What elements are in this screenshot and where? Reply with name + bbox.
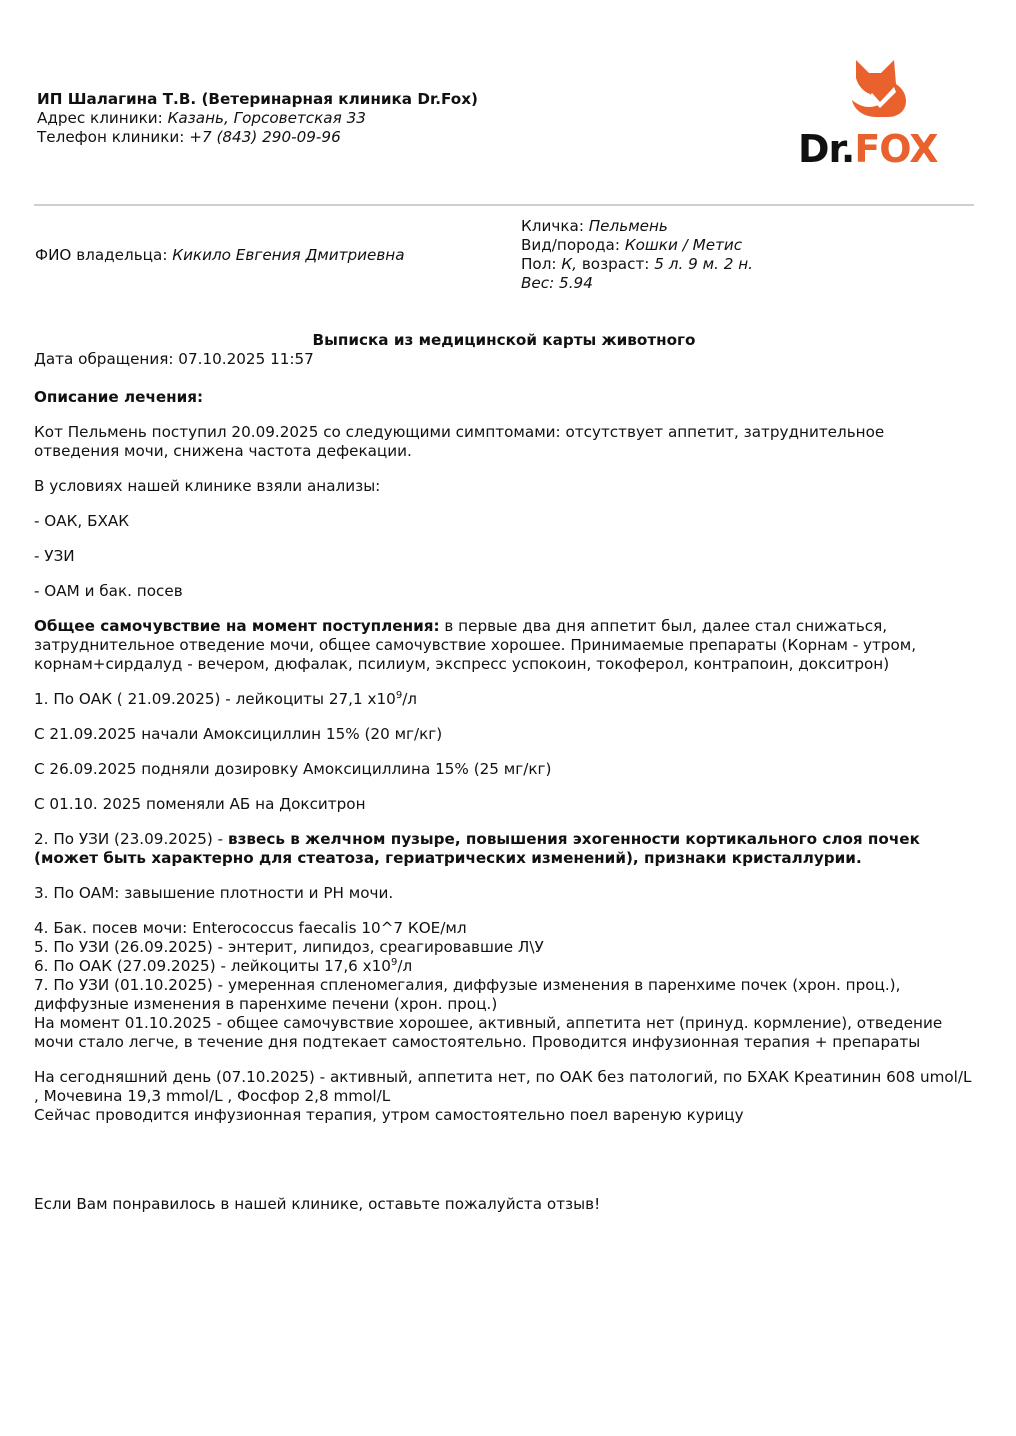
finding-1-text: 1. По ОАК ( 21.09.2025) - лейкоциты 27,1…	[34, 690, 396, 708]
finding-7: 7. По УЗИ (01.10.2025) - умеренная сплен…	[34, 976, 974, 1014]
clinic-legal-name: ИП Шалагина Т.В. (Ветеринарная клиника D…	[37, 90, 478, 109]
finding-6: 6. По ОАК (27.09.2025) - лейкоциты 17,6 …	[34, 957, 974, 976]
document-title: Выписка из медицинской карты животного	[0, 331, 1008, 350]
pet-breed-value: Кошки / Метис	[625, 236, 742, 254]
visit-date: Дата обращения: 07.10.2025 11:57	[34, 350, 314, 369]
finding-2: 2. По УЗИ (23.09.2025) - взвесь в желчно…	[34, 830, 974, 868]
intro-paragraph: Кот Пельмень поступил 20.09.2025 со след…	[34, 423, 974, 461]
logo-text-dr: Dr.	[798, 127, 854, 171]
tests-intro: В условиях нашей клинике взяли анализы:	[34, 477, 974, 496]
test-item: - УЗИ	[34, 547, 974, 566]
treatment-1: С 21.09.2025 начали Амоксициллин 15% (20…	[34, 725, 974, 744]
owner-info: ФИО владельца: Кикило Евгения Дмитриевна	[35, 246, 405, 265]
condition-label: Общее самочувствие на момент поступления…	[34, 617, 440, 635]
pet-breed: Вид/порода: Кошки / Метис	[521, 236, 753, 255]
finding-2-text: 2. По УЗИ (23.09.2025) -	[34, 830, 228, 848]
pet-sex-age: Пол: К, возраст: 5 л. 9 м. 2 н.	[521, 255, 753, 274]
finding-1: 1. По ОАК ( 21.09.2025) - лейкоциты 27,1…	[34, 690, 974, 709]
clinic-phone-value: +7 (843) 290-09-96	[189, 128, 340, 146]
review-request: Если Вам понравилось в нашей клинике, ос…	[34, 1195, 974, 1214]
pet-age-label: возраст:	[582, 255, 654, 273]
pet-weight: Вес: 5.94	[521, 274, 753, 293]
finding-6-text: 6. По ОАК (27.09.2025) - лейкоциты 17,6 …	[34, 957, 391, 975]
clinic-phone-label: Телефон клиники:	[37, 128, 189, 146]
treatment-2: С 26.09.2025 подняли дозировку Амоксицил…	[34, 760, 974, 779]
pet-sex-label: Пол:	[521, 255, 561, 273]
pet-sex-value: К,	[561, 255, 581, 273]
clinic-info: ИП Шалагина Т.В. (Ветеринарная клиника D…	[37, 90, 478, 147]
logo-text-fox: FOX	[854, 127, 937, 171]
pet-name: Кличка: Пельмень	[521, 217, 753, 236]
finding-1-unit: /л	[402, 690, 417, 708]
clinic-address: Адрес клиники: Казань, Горсоветская 33	[37, 109, 478, 128]
status-0110: На момент 01.10.2025 - общее самочувстви…	[34, 1014, 974, 1052]
clinic-address-label: Адрес клиники:	[37, 109, 168, 127]
treatment-description: Описание лечения: Кот Пельмень поступил …	[34, 388, 974, 1214]
treatment-3: С 01.10. 2025 поменяли АБ на Докситрон	[34, 795, 974, 814]
header-divider	[34, 204, 974, 206]
test-item: - ОАК, БХАК	[34, 512, 974, 531]
pet-name-label: Кличка:	[521, 217, 589, 235]
logo-wordmark: Dr.FOX	[798, 128, 938, 170]
finding-5: 5. По УЗИ (26.09.2025) - энтерит, липидо…	[34, 938, 974, 957]
status-now: Сейчас проводится инфузионная терапия, у…	[34, 1106, 974, 1125]
pet-name-value: Пельмень	[589, 217, 668, 235]
clinic-phone: Телефон клиники: +7 (843) 290-09-96	[37, 128, 478, 147]
test-item: - ОАМ и бак. посев	[34, 582, 974, 601]
fox-head-icon	[850, 58, 910, 118]
pet-info: Кличка: Пельмень Вид/порода: Кошки / Мет…	[521, 217, 753, 293]
owner-label: ФИО владельца:	[35, 246, 172, 264]
clinic-address-value: Казань, Горсоветская 33	[168, 109, 366, 127]
owner-name: Кикило Евгения Дмитриевна	[172, 246, 404, 264]
drfox-logo: Dr.FOX	[796, 58, 964, 174]
pet-age-value: 5 л. 9 м. 2 н.	[654, 255, 753, 273]
condition-on-admission: Общее самочувствие на момент поступления…	[34, 617, 974, 674]
status-today: На сегодняшний день (07.10.2025) - актив…	[34, 1068, 974, 1106]
section-heading: Описание лечения:	[34, 388, 974, 407]
finding-3: 3. По ОАМ: завышение плотности и PH мочи…	[34, 884, 974, 903]
finding-6-unit: /л	[397, 957, 412, 975]
pet-breed-label: Вид/порода:	[521, 236, 625, 254]
finding-4: 4. Бак. посев мочи: Enterococcus faecali…	[34, 919, 974, 938]
